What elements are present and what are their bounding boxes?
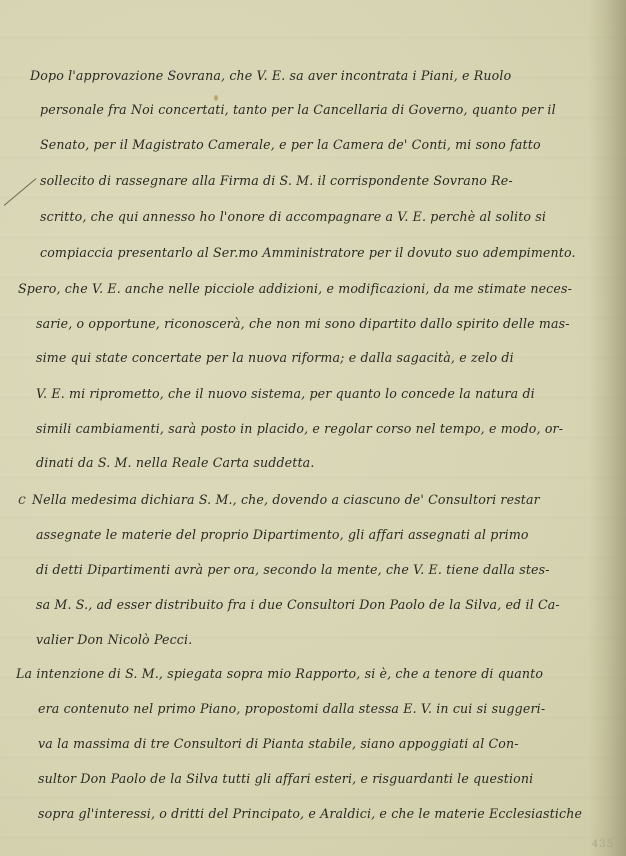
text-line: era contenuto nel primo Piano, propostom… — [38, 703, 545, 716]
text-line: compiaccia presentarlo al Ser.mo Amminis… — [40, 247, 576, 260]
text-line: simili cambiamenti, sarà posto in placid… — [36, 423, 563, 436]
text-line: dinati da S. M. nella Reale Carta suddet… — [36, 457, 315, 470]
text-line: La intenzione di S. M., spiegata sopra m… — [16, 668, 543, 681]
text-line: sa M. S., ad esser distribuito fra i due… — [36, 599, 560, 612]
text-line: Senato, per il Magistrato Camerale, e pe… — [40, 139, 541, 152]
text-line: assegnate le materie del proprio Diparti… — [36, 529, 529, 542]
text-line: Nella medesima dichiara S. M., che, dove… — [32, 494, 540, 507]
text-line: sime qui state concertate per la nuova r… — [36, 352, 514, 365]
text-line: sopra gl'interessi, o dritti del Princip… — [38, 808, 582, 821]
text-line: sarie, o opportune, riconoscerà, che non… — [36, 318, 570, 331]
text-line: sollecito di rassegnare alla Firma di S.… — [40, 175, 513, 188]
text-line: Dopo l'approvazione Sovrana, che V. E. s… — [30, 70, 511, 83]
text-line: V. E. mi riprometto, che il nuovo sistem… — [36, 388, 535, 401]
text-line: valier Don Nicolò Pecci. — [36, 634, 192, 647]
text-line: di detti Dipartimenti avrà per ora, seco… — [36, 564, 550, 577]
text-line: va la massima di tre Consultori di Piant… — [38, 738, 519, 751]
text-line: personale fra Noi concertati, tanto per … — [40, 104, 556, 117]
text-line: scritto, che qui annesso ho l'onore di a… — [40, 211, 546, 224]
margin-slash-mark — [4, 178, 37, 206]
folio-number: 435 — [592, 839, 614, 850]
text-line: Spero, che V. E. anche nelle picciole ad… — [18, 283, 572, 296]
manuscript-page: Dopo l'approvazione Sovrana, che V. E. s… — [0, 0, 626, 856]
margin-para-mark: c — [18, 492, 26, 508]
ink-stain — [214, 95, 218, 101]
text-line: sultor Don Paolo de la Silva tutti gli a… — [38, 773, 533, 786]
